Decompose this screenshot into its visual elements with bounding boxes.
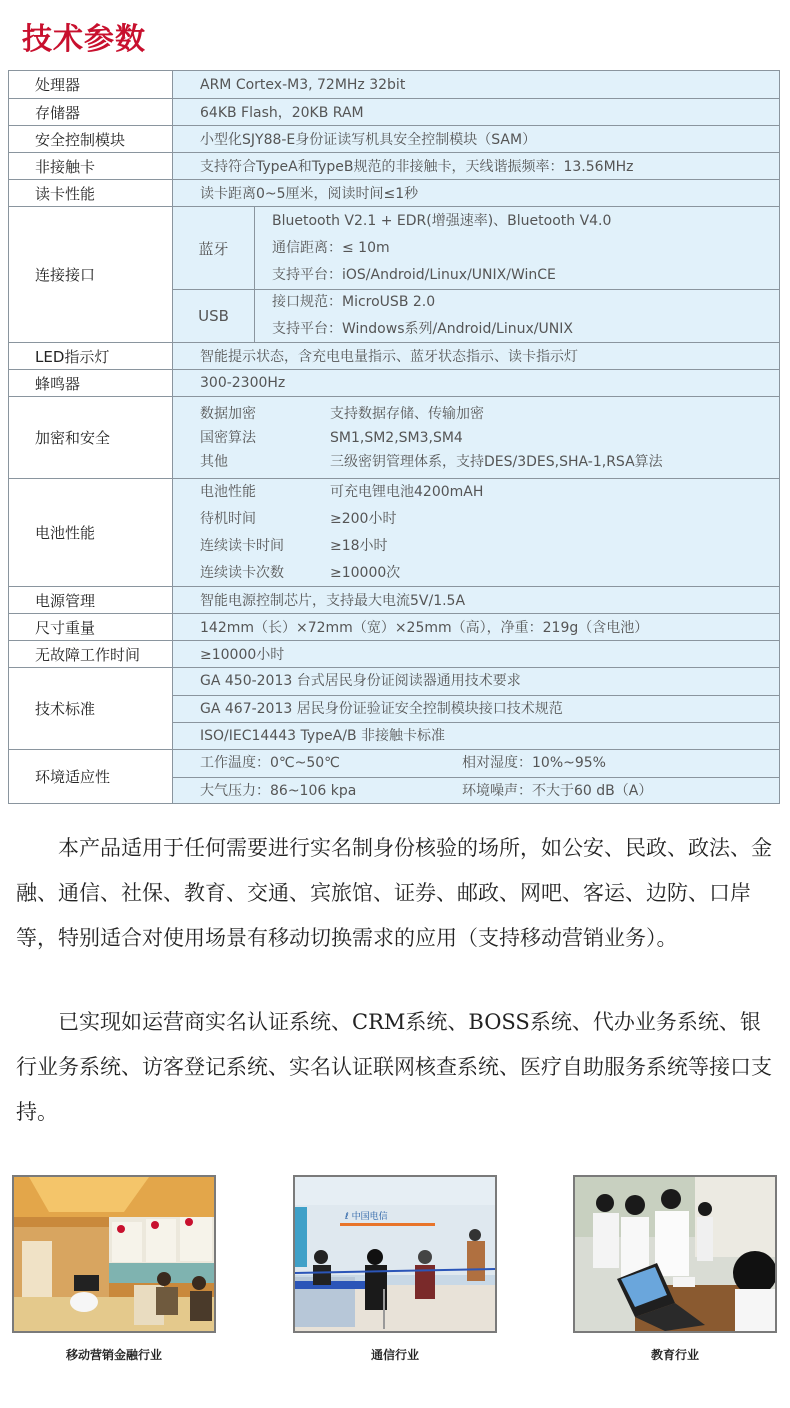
spec-row-processor: 处理器 ARM Cortex-M3, 72MHz 32bit	[9, 71, 779, 98]
page-title: 技术参数	[22, 14, 146, 58]
spec-row-memory: 存储器 64KB Flash，20KB RAM	[9, 98, 779, 125]
photo-caption: 教育行业	[573, 1346, 777, 1363]
interface-line: 通信距离：≤ 10m	[272, 235, 779, 262]
spec-row-security-module: 安全控制模块 小型化SJY88-E身份证读写机具安全控制模块（SAM）	[9, 125, 779, 152]
spec-table: 处理器 ARM Cortex-M3, 72MHz 32bit 存储器 64KB …	[8, 70, 780, 804]
spec-label: 电源管理	[9, 587, 173, 613]
interface-line: 支持平台：Windows系列/Android/Linux/UNIX	[272, 316, 779, 343]
spec-value: 300-2300Hz	[173, 370, 779, 396]
spec-label: 环境适应性	[9, 750, 173, 803]
kv-line: 数据加密支持数据存储、传输加密	[200, 402, 779, 426]
spec-value: 支持符合TypeA和TypeB规范的非接触卡，天线谐振频率：13.56MHz	[173, 153, 779, 179]
spec-label: 连接接口	[9, 207, 173, 342]
standard-line: GA 467-2013 居民身份证验证安全控制模块接口技术规范	[173, 695, 779, 722]
spec-value: ARM Cortex-M3, 72MHz 32bit	[173, 71, 779, 98]
interface-subtable: 蓝牙 Bluetooth V2.1 + EDR(增强速率)、Bluetooth …	[173, 207, 779, 342]
spec-row-encryption: 加密和安全 数据加密支持数据存储、传输加密 国密算法SM1,SM2,SM3,SM…	[9, 396, 779, 478]
spec-value: 读卡距离0~5厘米，阅读时间≤1秒	[173, 180, 779, 206]
spec-row-battery: 电池性能 电池性能可充电锂电池4200mAH 待机时间≥200小时 连续读卡时间…	[9, 478, 779, 586]
interface-line: 支持平台：iOS/Android/Linux/UNIX/WinCE	[272, 262, 779, 289]
description-paragraph-2: 已实现如运营商实名认证系统、CRM系统、BOSS系统、代办业务系统、银行业务系统…	[16, 1000, 776, 1135]
spec-label: LED指示灯	[9, 343, 173, 369]
kv-line: 其他三级密钥管理体系，支持DES/3DES,SHA-1,RSA算法	[200, 450, 779, 474]
photo-telecom: ℓ 中国电信	[293, 1175, 497, 1333]
kv-line: 连续读卡时间≥18小时	[200, 533, 779, 560]
kv-line: 国密算法SM1,SM2,SM3,SM4	[200, 426, 779, 450]
description-paragraph-1: 本产品适用于任何需要进行实名制身份核验的场所，如公安、民政、政法、金融、通信、社…	[16, 826, 776, 961]
spec-value: 小型化SJY88-E身份证读写机具安全控制模块（SAM）	[173, 126, 779, 152]
spec-row-contactless: 非接触卡 支持符合TypeA和TypeB规范的非接触卡，天线谐振频率：13.56…	[9, 152, 779, 179]
interface-key: USB	[173, 290, 255, 342]
spec-row-read-perf: 读卡性能 读卡距离0~5厘米，阅读时间≤1秒	[9, 179, 779, 206]
interface-usb: USB 接口规范：MicroUSB 2.0 支持平台：Windows系列/And…	[173, 289, 779, 342]
photo-education	[573, 1175, 777, 1333]
spec-label: 尺寸重量	[9, 614, 173, 640]
spec-row-buzzer: 蜂鸣器 300-2300Hz	[9, 369, 779, 396]
standard-line: GA 450-2013 台式居民身份证阅读器通用技术要求	[173, 668, 779, 695]
spec-label: 电池性能	[9, 479, 173, 586]
photo-caption: 通信行业	[293, 1346, 497, 1363]
spec-value: 142mm（长）×72mm（宽）×25mm（高），净重：219g（含电池）	[173, 614, 779, 640]
photo-finance	[12, 1175, 216, 1333]
standard-line: ISO/IEC14443 TypeA/B 非接触卡标准	[173, 722, 779, 749]
spec-label: 存储器	[9, 99, 173, 125]
spec-value: 智能电源控制芯片，支持最大电流5V/1.5A	[173, 587, 779, 613]
interface-bluetooth: 蓝牙 Bluetooth V2.1 + EDR(增强速率)、Bluetooth …	[173, 207, 779, 289]
spec-label: 非接触卡	[9, 153, 173, 179]
spec-label: 技术标准	[9, 668, 173, 749]
env-line: 工作温度：0℃~50℃相对湿度：10%~95%	[173, 750, 779, 777]
spec-label: 处理器	[9, 71, 173, 98]
spec-row-interface: 连接接口 蓝牙 Bluetooth V2.1 + EDR(增强速率)、Bluet…	[9, 206, 779, 342]
spec-value: ≥10000小时	[173, 641, 779, 667]
interface-line: Bluetooth V2.1 + EDR(增强速率)、Bluetooth V4.…	[272, 208, 779, 235]
spec-value: 智能提示状态，含充电电量指示、蓝牙状态指示、读卡指示灯	[173, 343, 779, 369]
spec-label: 安全控制模块	[9, 126, 173, 152]
kv-line: 待机时间≥200小时	[200, 506, 779, 533]
interface-key: 蓝牙	[173, 207, 255, 289]
spec-label: 加密和安全	[9, 397, 173, 478]
kv-line: 电池性能可充电锂电池4200mAH	[200, 479, 779, 506]
spec-label: 无故障工作时间	[9, 641, 173, 667]
spec-row-mtbf: 无故障工作时间 ≥10000小时	[9, 640, 779, 667]
spec-row-size: 尺寸重量 142mm（长）×72mm（宽）×25mm（高），净重：219g（含电…	[9, 613, 779, 640]
svg-text:ℓ 中国电信: ℓ 中国电信	[344, 1210, 388, 1222]
kv-line: 连续读卡次数≥10000次	[200, 560, 779, 587]
spec-row-environment: 环境适应性 工作温度：0℃~50℃相对湿度：10%~95% 大气压力：86~10…	[9, 749, 779, 803]
spec-value: 64KB Flash，20KB RAM	[173, 99, 779, 125]
photo-caption: 移动营销金融行业	[12, 1346, 216, 1363]
spec-label: 读卡性能	[9, 180, 173, 206]
spec-row-power: 电源管理 智能电源控制芯片，支持最大电流5V/1.5A	[9, 586, 779, 613]
spec-row-led: LED指示灯 智能提示状态，含充电电量指示、蓝牙状态指示、读卡指示灯	[9, 342, 779, 369]
env-line: 大气压力：86~106 kpa环境噪声：不大于60 dB（A）	[173, 777, 779, 804]
spec-row-standards: 技术标准 GA 450-2013 台式居民身份证阅读器通用技术要求 GA 467…	[9, 667, 779, 749]
interface-line: 接口规范：MicroUSB 2.0	[272, 289, 779, 316]
spec-label: 蜂鸣器	[9, 370, 173, 396]
